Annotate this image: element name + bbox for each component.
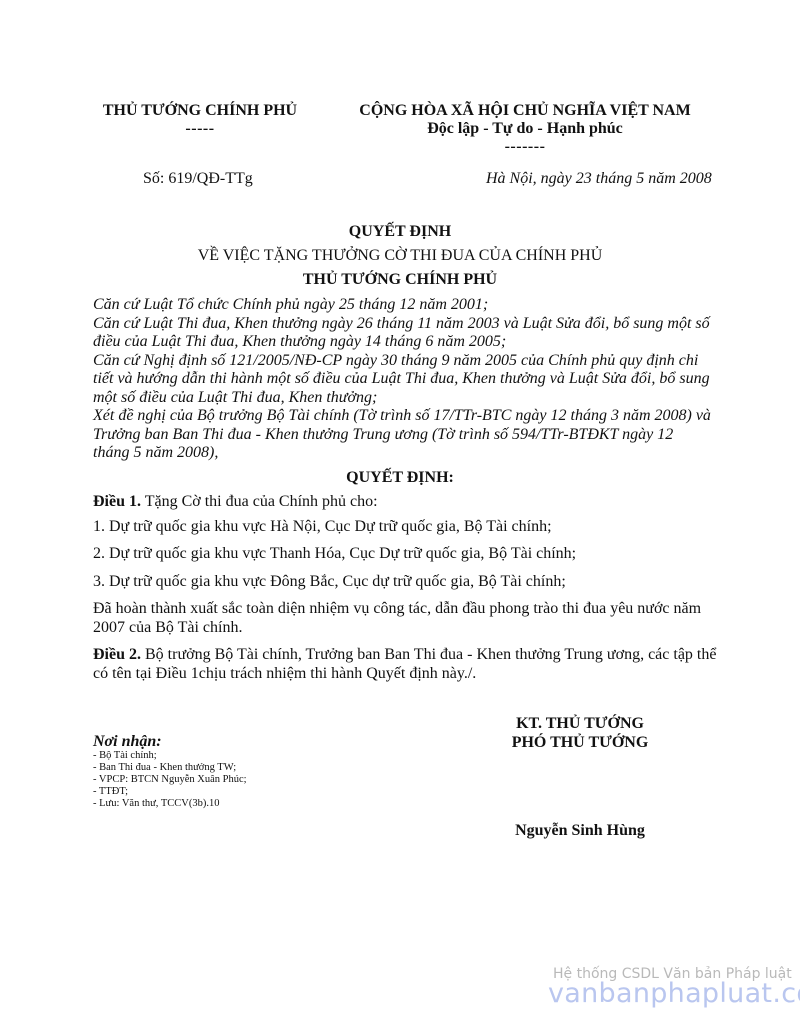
preamble-item: Căn cứ Luật Thi đua, Khen thưởng ngày 26… xyxy=(93,315,713,352)
article-1-text: Tặng Cờ thi đua của Chính phủ cho: xyxy=(141,493,378,510)
document-number: Số: 619/QĐ-TTg xyxy=(143,170,253,188)
article-1-label: Điều 1. xyxy=(93,493,141,510)
document-type: QUYẾT ĐỊNH xyxy=(80,220,720,244)
article-2-label: Điều 2. xyxy=(93,646,141,663)
articles: Điều 1. Tặng Cờ thi đua của Chính phủ ch… xyxy=(93,493,718,689)
awardee-item: 3. Dự trữ quốc gia khu vực Đông Bắc, Cục… xyxy=(93,573,718,592)
motto-rule: ------- xyxy=(330,138,720,156)
recipient-item: - TTĐT; xyxy=(93,786,353,798)
signer-line-2: PHÓ THỦ TƯỚNG xyxy=(480,733,680,752)
preamble-item: Căn cứ Nghị định số 121/2005/NĐ-CP ngày … xyxy=(93,352,713,408)
national-header: CỘNG HÒA XÃ HỘI CHỦ NGHĨA VIỆT NAM Độc l… xyxy=(330,102,720,156)
issuer-name: THỦ TƯỚNG CHÍNH PHỦ xyxy=(90,102,310,120)
recipient-item: - VPCP: BTCN Nguyễn Xuân Phúc; xyxy=(93,774,353,786)
recipients-title: Nơi nhận: xyxy=(93,733,353,750)
recipient-item: - Bộ Tài chính; xyxy=(93,750,353,762)
title-block: QUYẾT ĐỊNH VỀ VIỆC TẶNG THƯỞNG CỜ THI ĐU… xyxy=(80,220,720,292)
decision-heading: QUYẾT ĐỊNH: xyxy=(80,469,720,487)
document-subject: VỀ VIỆC TẶNG THƯỞNG CỜ THI ĐUA CỦA CHÍNH… xyxy=(80,244,720,268)
article-1: Điều 1. Tặng Cờ thi đua của Chính phủ ch… xyxy=(93,493,718,512)
preamble: Căn cứ Luật Tổ chức Chính phủ ngày 25 th… xyxy=(93,296,713,463)
nation-name: CỘNG HÒA XÃ HỘI CHỦ NGHĨA VIỆT NAM xyxy=(330,102,720,120)
article-2-text: Bộ trưởng Bộ Tài chính, Trưởng ban Ban T… xyxy=(93,646,716,682)
article-2: Điều 2. Bộ trưởng Bộ Tài chính, Trưởng b… xyxy=(93,646,718,683)
signer-name: Nguyễn Sinh Hùng xyxy=(480,822,680,840)
motto: Độc lập - Tự do - Hạnh phúc xyxy=(330,120,720,138)
signer-line-1: KT. THỦ TƯỚNG xyxy=(480,714,680,733)
issuer-rule: ----- xyxy=(90,120,310,138)
place-date: Hà Nội, ngày 23 tháng 5 năm 2008 xyxy=(486,170,712,188)
preamble-item: Căn cứ Luật Tổ chức Chính phủ ngày 25 th… xyxy=(93,296,713,315)
issuing-authority: THỦ TƯỚNG CHÍNH PHỦ xyxy=(80,268,720,292)
awardee-item: 1. Dự trữ quốc gia khu vực Hà Nội, Cục D… xyxy=(93,518,718,537)
award-reason: Đã hoàn thành xuất sắc toàn diện nhiệm v… xyxy=(93,600,718,637)
signer-title: KT. THỦ TƯỚNG PHÓ THỦ TƯỚNG xyxy=(480,714,680,752)
awardee-item: 2. Dự trữ quốc gia khu vực Thanh Hóa, Cụ… xyxy=(93,545,718,564)
recipient-item: - Ban Thi đua - Khen thưởng TW; xyxy=(93,762,353,774)
watermark-site: vanbanphapluat.co xyxy=(548,978,800,1009)
preamble-item: Xét đề nghị của Bộ trưởng Bộ Tài chính (… xyxy=(93,407,713,463)
recipients-block: Nơi nhận: - Bộ Tài chính; - Ban Thi đua … xyxy=(93,733,353,810)
issuer-block: THỦ TƯỚNG CHÍNH PHỦ ----- xyxy=(90,102,310,138)
recipient-item: - Lưu: Văn thư, TCCV(3b).10 xyxy=(93,798,353,810)
